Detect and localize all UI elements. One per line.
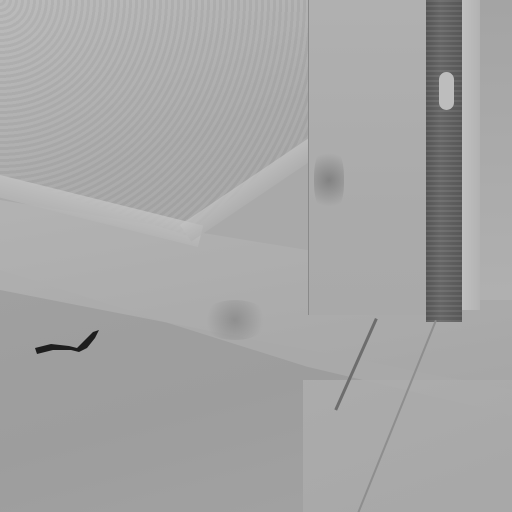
dark-soil-patch [200, 300, 270, 340]
vegetation-patch [314, 145, 344, 215]
road-light-spot [439, 72, 454, 110]
lower-right-field [303, 380, 512, 512]
road-shoulder [462, 0, 480, 310]
dark-road-strip [426, 0, 462, 322]
debris-object [33, 328, 103, 358]
aerial-photo [0, 0, 512, 512]
far-right-field [480, 0, 512, 300]
